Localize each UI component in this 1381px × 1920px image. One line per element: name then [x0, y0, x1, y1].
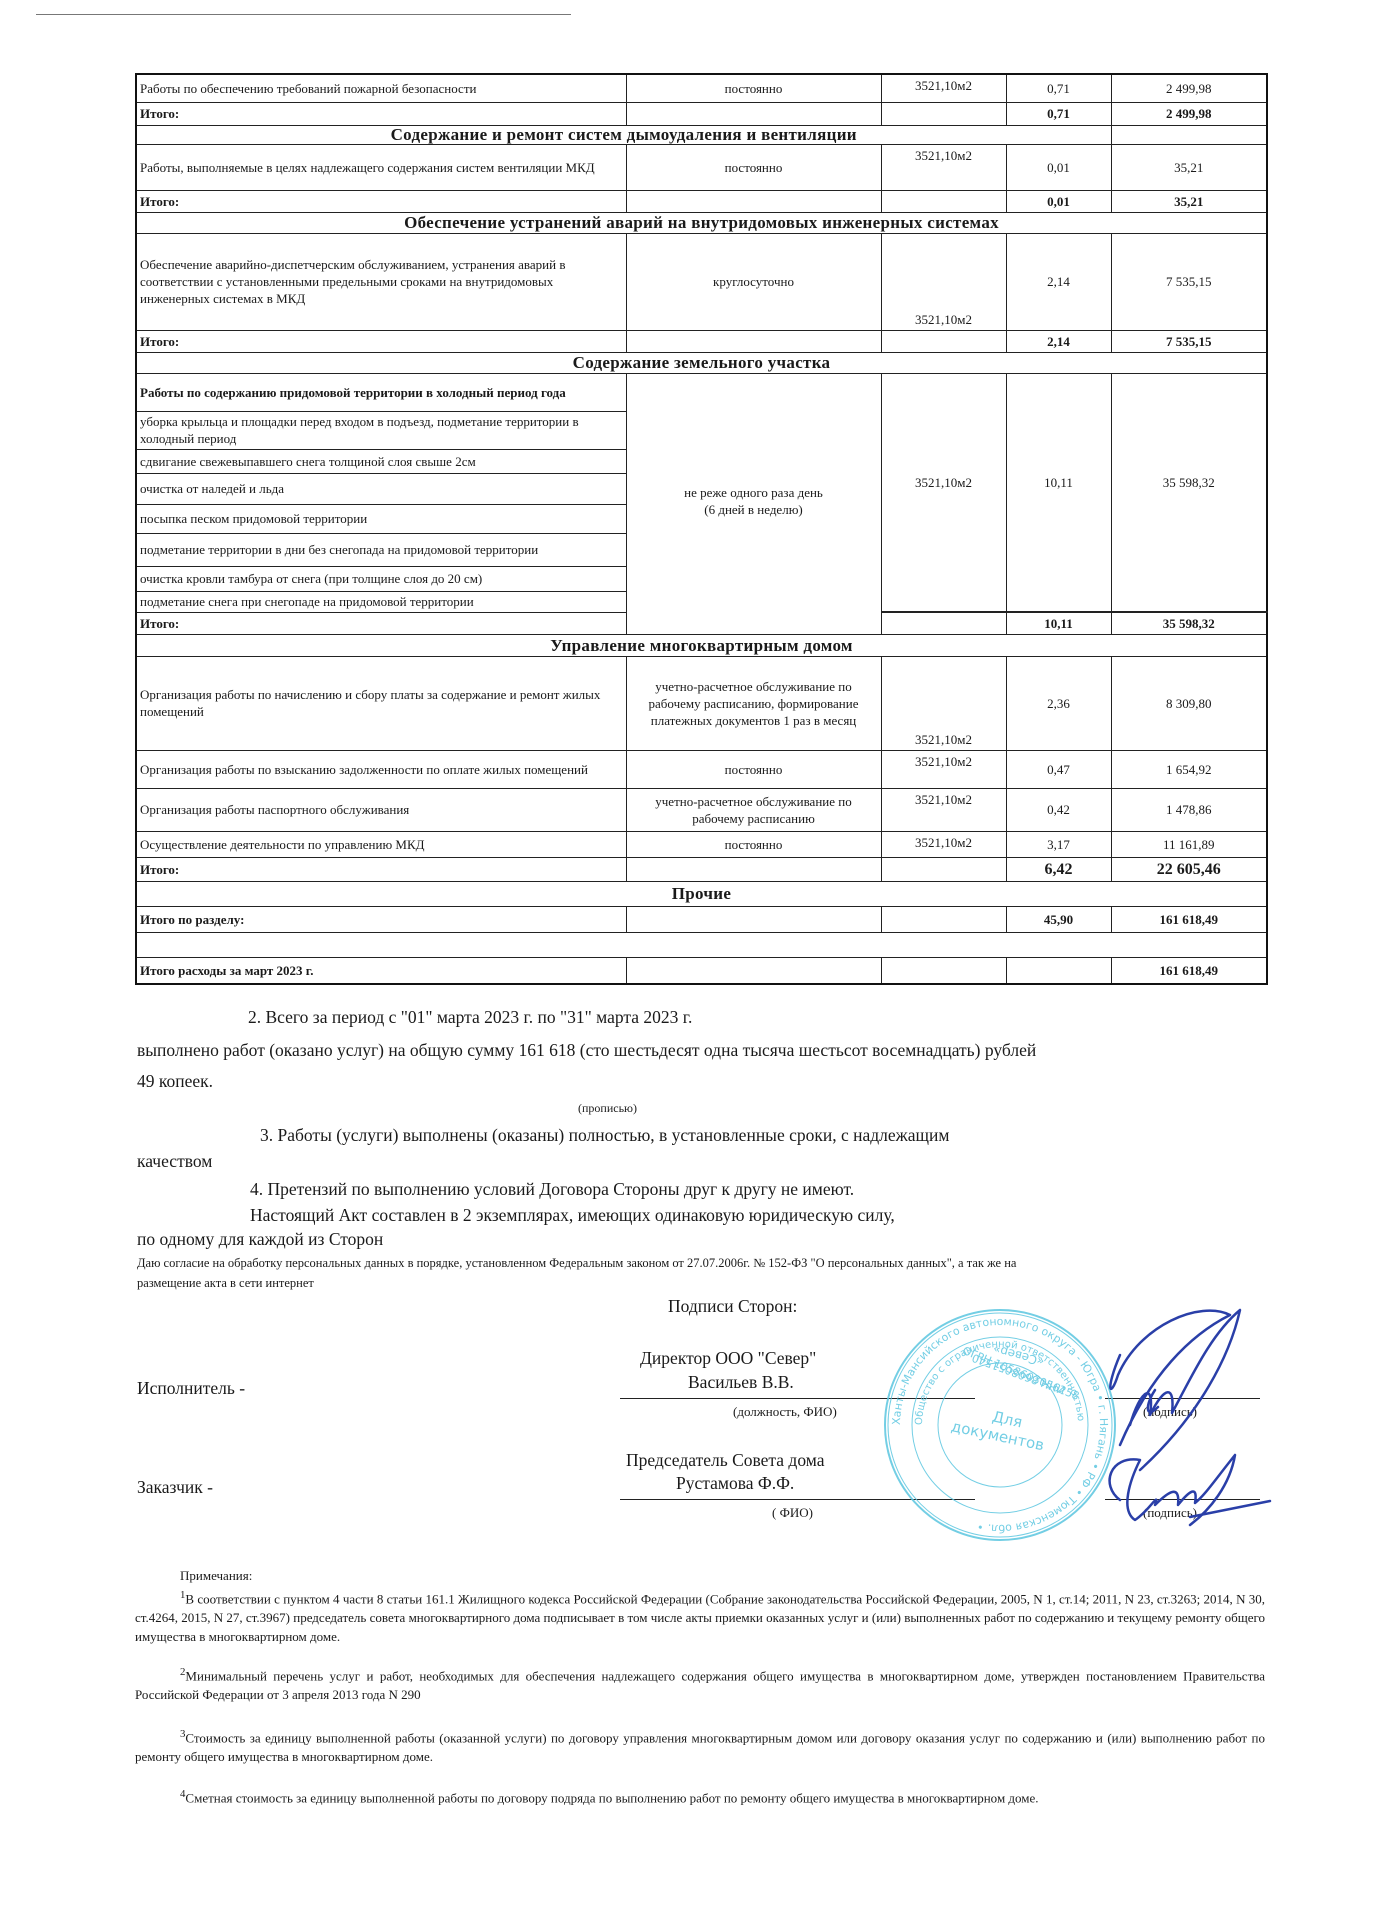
service-sum: 11 161,89 [1111, 831, 1267, 857]
note-3-text: Стоимость за единицу выполненной работы … [135, 1730, 1265, 1764]
service-name: Организация работы по взысканию задолжен… [136, 750, 626, 788]
signatures-title: Подписи Сторон: [668, 1296, 797, 1317]
area-value: 3521,10м2 [885, 474, 1003, 491]
table-row: Работы, выполняемые в целях надлежащего … [136, 144, 1267, 190]
service-rate: 2,14 [1006, 233, 1111, 330]
service-rate: 0,71 [1006, 74, 1111, 102]
table-row: Работы по содержанию придомовой территор… [136, 373, 1267, 411]
empty-cell [136, 932, 1267, 957]
sum-value: 35 598,32 [1115, 474, 1264, 491]
total-row: Итого: 2,14 7 535,15 [136, 330, 1267, 352]
land-item: очистка от наледей и льда [136, 473, 626, 504]
section-total-sum: 161 618,49 [1111, 906, 1267, 932]
empty-cell [881, 906, 1006, 932]
service-area: 3521,10м2 [881, 74, 1006, 102]
section-total-row: Итого по разделу: 45,90 161 618,49 [136, 906, 1267, 932]
service-name: Организация работы паспортного обслужива… [136, 788, 626, 831]
total-sum: 7 535,15 [1111, 330, 1267, 352]
land-item: подметание территории в дни без снегопад… [136, 533, 626, 566]
service-periodicity: учетно-расчетное обслуживание по рабочем… [626, 788, 881, 831]
service-rate: 2,36 [1006, 656, 1111, 750]
empty-cell [1111, 125, 1267, 144]
table-row: Организация работы паспортного обслужива… [136, 788, 1267, 831]
executor-caption: (должность, ФИО) [733, 1404, 837, 1420]
table-row: Организация работы по взысканию задолжен… [136, 750, 1267, 788]
empty-cell [881, 857, 1006, 881]
empty-cell [626, 102, 881, 125]
service-periodicity: постоянно [626, 144, 881, 190]
service-name: Обеспечение аварийно-диспетчерским обслу… [136, 233, 626, 330]
service-sum: 2 499,98 [1111, 74, 1267, 102]
total-rate: 0,01 [1006, 190, 1111, 212]
paragraph-5-line2: по одному для каждой из Сторон [137, 1229, 383, 1250]
total-sum: 22 605,46 [1111, 857, 1267, 881]
total-sum: 35,21 [1111, 190, 1267, 212]
section-header: Прочие [136, 881, 1267, 906]
total-label: Итого: [136, 612, 626, 634]
customer-name: Рустамова Ф.Ф. [676, 1473, 794, 1494]
note-4: 4Сметная стоимость за единицу выполненно… [135, 1785, 1265, 1807]
rate-value: 10,11 [1010, 474, 1108, 491]
empty-cell [881, 330, 1006, 352]
customer-position: Председатель Совета дома [626, 1450, 824, 1471]
executor-name: Васильев В.В. [688, 1372, 794, 1393]
grand-total-label: Итого расходы за март 2023 г. [136, 957, 626, 984]
service-name: Осуществление деятельности по управлению… [136, 831, 626, 857]
note-4-text: Сметная стоимость за единицу выполненной… [185, 1790, 1038, 1805]
total-label: Итого: [136, 330, 626, 352]
land-item: посыпка песком придомовой территории [136, 504, 626, 533]
empty-cell [626, 957, 881, 984]
service-area: 3521,10м2 [881, 788, 1006, 831]
land-periodicity: не реже одного раза день (6 дней в недел… [626, 373, 881, 634]
periodicity-line2: (6 дней в неделю) [630, 501, 878, 518]
table-row: Осуществление деятельности по управлению… [136, 831, 1267, 857]
service-name: Работы по обеспечению требований пожарно… [136, 74, 626, 102]
section-title: Обеспечение устранений аварий на внутрид… [136, 212, 1267, 233]
service-area: 3521,10м2 [881, 233, 1006, 330]
section-header: Обеспечение устранений аварий на внутрид… [136, 212, 1267, 233]
note-1-text: В соответствии с пунктом 4 части 8 стать… [135, 1591, 1265, 1644]
service-sum: 1 654,92 [1111, 750, 1267, 788]
service-area: 3521,10м2 [881, 831, 1006, 857]
note-3: 3Стоимость за единицу выполненной работы… [135, 1725, 1265, 1766]
paragraph-2-line2: выполнено работ (оказано услуг) на общую… [137, 1040, 1036, 1061]
land-item: сдвигание свежевыпавшего снега толщиной … [136, 449, 626, 473]
section-title: Управление многоквартирным домом [136, 634, 1267, 656]
service-name: Организация работы по начислению и сбору… [136, 656, 626, 750]
service-area: 3521,10м2 [881, 656, 1006, 750]
grand-total-row: Итого расходы за март 2023 г. 161 618,49 [136, 957, 1267, 984]
notes-title: Примечания: [180, 1568, 252, 1584]
blank-row [136, 932, 1267, 957]
total-label: Итого: [136, 102, 626, 125]
total-sum: 35 598,32 [1111, 612, 1267, 634]
paragraph-4: 4. Претензий по выполнению условий Догов… [250, 1179, 854, 1200]
note-2-text: Минимальный перечень услуг и работ, необ… [135, 1668, 1265, 1702]
section-total-label: Итого по разделу: [136, 906, 626, 932]
handwritten-signatures-icon [1080, 1295, 1280, 1545]
service-sum: 7 535,15 [1111, 233, 1267, 330]
service-rate: 0,42 [1006, 788, 1111, 831]
paragraph-3-line1: 3. Работы (услуги) выполнены (оказаны) п… [260, 1125, 949, 1146]
note-1: 1В соответствии с пунктом 4 части 8 стат… [135, 1586, 1265, 1646]
service-periodicity: постоянно [626, 750, 881, 788]
land-sum: 35 598,32 [1111, 373, 1267, 612]
table-row: Организация работы по начислению и сбору… [136, 656, 1267, 750]
paragraph-3-line2: качеством [137, 1151, 212, 1172]
total-rate: 0,71 [1006, 102, 1111, 125]
service-sum: 1 478,86 [1111, 788, 1267, 831]
total-label: Итого: [136, 857, 626, 881]
total-rate: 10,11 [1006, 612, 1111, 634]
service-periodicity: учетно-расчетное обслуживание по рабочем… [626, 656, 881, 750]
empty-cell [881, 190, 1006, 212]
total-row: Итого: 0,01 35,21 [136, 190, 1267, 212]
paragraph-2-line3: 49 копеек. [137, 1071, 213, 1092]
section-title: Содержание земельного участка [136, 352, 1267, 373]
customer-caption: ( ФИО) [772, 1505, 813, 1521]
group-title: Работы по содержанию придомовой территор… [136, 373, 626, 411]
service-sum: 35,21 [1111, 144, 1267, 190]
grand-total-sum: 161 618,49 [1111, 957, 1267, 984]
land-rate: 10,11 [1006, 373, 1111, 612]
service-name: Работы, выполняемые в целях надлежащего … [136, 144, 626, 190]
total-rate: 2,14 [1006, 330, 1111, 352]
services-table: Работы по обеспечению требований пожарно… [135, 73, 1268, 985]
land-item: подметание снега при снегопаде на придом… [136, 591, 626, 612]
land-item: уборка крыльца и площадки перед входом в… [136, 411, 626, 449]
note-2: 2Минимальный перечень услуг и работ, нео… [135, 1663, 1265, 1704]
land-item: очистка кровли тамбура от снега (при тол… [136, 566, 626, 591]
service-periodicity: круглосуточно [626, 233, 881, 330]
total-rate: 6,42 [1006, 857, 1111, 881]
consent-line1: Даю согласие на обработку персональных д… [137, 1256, 1016, 1271]
section-title: Содержание и ремонт систем дымоудаления … [136, 125, 1111, 144]
total-label: Итого: [136, 190, 626, 212]
section-header: Управление многоквартирным домом [136, 634, 1267, 656]
empty-cell [626, 857, 881, 881]
service-area: 3521,10м2 [881, 144, 1006, 190]
total-row: Итого: 6,42 22 605,46 [136, 857, 1267, 881]
empty-cell [881, 102, 1006, 125]
executor-position: Директор ООО "Север" [640, 1348, 816, 1369]
empty-cell [881, 957, 1006, 984]
consent-line2: размещение акта в сети интернет [137, 1276, 314, 1291]
page-top-rule [36, 14, 571, 15]
propisyu-caption: (прописью) [578, 1101, 637, 1116]
service-sum: 8 309,80 [1111, 656, 1267, 750]
total-row: Итого: 0,71 2 499,98 [136, 102, 1267, 125]
section-title: Прочие [136, 881, 1267, 906]
paragraph-2-line1: 2. Всего за период с "01" марта 2023 г. … [248, 1007, 692, 1028]
service-rate: 0,47 [1006, 750, 1111, 788]
periodicity-line1: не реже одного раза день [630, 484, 878, 501]
total-sum: 2 499,98 [1111, 102, 1267, 125]
empty-cell [1006, 957, 1111, 984]
section-header: Содержание земельного участка [136, 352, 1267, 373]
service-rate: 0,01 [1006, 144, 1111, 190]
empty-cell [626, 906, 881, 932]
customer-role: Заказчик - [137, 1477, 213, 1498]
service-periodicity: постоянно [626, 831, 881, 857]
service-area: 3521,10м2 [881, 750, 1006, 788]
paragraph-5-line1: Настоящий Акт составлен в 2 экземплярах,… [250, 1205, 895, 1226]
executor-role: Исполнитель - [137, 1378, 245, 1399]
table-row: Обеспечение аварийно-диспетчерским обслу… [136, 233, 1267, 330]
empty-cell [626, 190, 881, 212]
empty-cell [881, 612, 1006, 634]
empty-cell [626, 330, 881, 352]
section-header: Содержание и ремонт систем дымоудаления … [136, 125, 1267, 144]
service-rate: 3,17 [1006, 831, 1111, 857]
section-total-rate: 45,90 [1006, 906, 1111, 932]
table-row: Работы по обеспечению требований пожарно… [136, 74, 1267, 102]
land-area: 3521,10м2 [881, 373, 1006, 612]
service-periodicity: постоянно [626, 74, 881, 102]
